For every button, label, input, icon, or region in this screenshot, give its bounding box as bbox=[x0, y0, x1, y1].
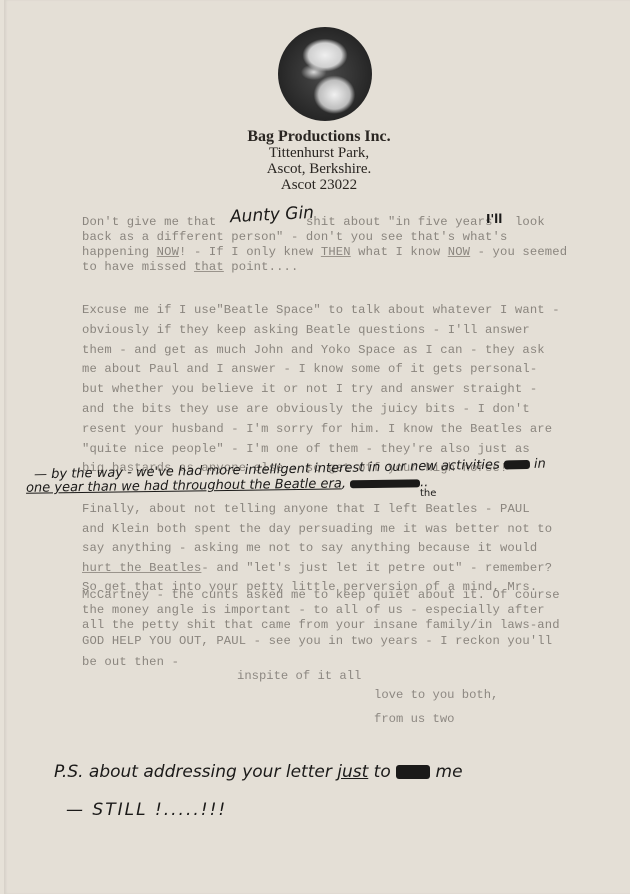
typed-line: Excuse me if I use"Beatle Space" to talk… bbox=[82, 303, 560, 317]
underlined-text: NOW bbox=[448, 245, 470, 259]
handwritten-text: P.S. about addressing your letter bbox=[54, 762, 332, 782]
company-name: Bag Productions Inc. bbox=[4, 128, 630, 145]
postscript-line-2: — STILL !.....!!! bbox=[66, 800, 227, 820]
closing-line-3: from us two bbox=[374, 712, 454, 726]
handwritten-text: one year than we had throughout the Beat… bbox=[26, 476, 342, 495]
typed-line: the money angle is important - to all of… bbox=[82, 603, 545, 617]
handwritten-ill: I'll bbox=[486, 212, 502, 226]
typed-line: resent your husband - I'm sorry for him.… bbox=[82, 422, 552, 436]
typed-line: and the bits they use are obviously the … bbox=[82, 402, 530, 416]
underlined-text: NOW bbox=[157, 245, 179, 259]
typed-text: back as a different person" - don't you … bbox=[82, 230, 507, 244]
typed-line: - and "let's just let it petre out" - re… bbox=[201, 561, 552, 575]
typed-line: say anything - asking me not to say anyt… bbox=[82, 541, 537, 555]
typed-line: be out then - bbox=[82, 655, 179, 669]
typed-text: to have missed bbox=[82, 260, 194, 274]
letter-page: Bag Productions Inc. Tittenhurst Park, A… bbox=[4, 0, 630, 894]
address-line-1: Tittenhurst Park, bbox=[4, 145, 630, 161]
underlined-text: hurt the Beatles bbox=[82, 561, 201, 575]
typed-line: and Klein both spent the day persuading … bbox=[82, 522, 552, 536]
address-line-2: Ascot, Berkshire. bbox=[4, 161, 630, 177]
typed-text: point.... bbox=[224, 260, 299, 274]
closing-line-1: inspite of it all bbox=[237, 669, 361, 683]
letterhead: Bag Productions Inc. Tittenhurst Park, A… bbox=[4, 128, 630, 193]
closing-line-2: love to you both, bbox=[374, 688, 498, 702]
phone-number: Ascot 23022 bbox=[4, 177, 630, 193]
underlined-text: that bbox=[194, 260, 224, 274]
typed-line: GOD HELP YOU OUT, PAUL - see you in two … bbox=[82, 634, 552, 648]
paragraph-3: Finally, about not telling anyone that I… bbox=[82, 500, 552, 598]
handwritten-text: in bbox=[534, 457, 546, 472]
typed-text: ! - If I only knew bbox=[179, 245, 321, 259]
typed-line: McCartney - the cunts asked me to keep q… bbox=[82, 588, 560, 602]
typed-text: shit about "in five years bbox=[306, 215, 493, 229]
handwritten-text: just bbox=[337, 762, 368, 782]
scribble-icon bbox=[504, 460, 530, 470]
typed-line: Finally, about not telling anyone that I… bbox=[82, 502, 418, 516]
postscript-line-1: P.S. about addressing your letter just t… bbox=[54, 762, 463, 782]
typed-text: happening bbox=[82, 245, 157, 259]
typed-line: obviously if they keep asking Beatle que… bbox=[82, 323, 530, 337]
scribble-icon bbox=[396, 765, 430, 779]
scribble-icon bbox=[350, 479, 420, 488]
handwritten-text: to bbox=[374, 762, 391, 782]
paragraph-2: Excuse me if I use"Beatle Space" to talk… bbox=[82, 301, 560, 479]
underlined-text: THEN bbox=[321, 245, 351, 259]
paragraph-4: McCartney - the cunts asked me to keep q… bbox=[82, 588, 560, 675]
typed-line: Beatles - PAUL bbox=[425, 502, 530, 516]
typed-line: "quite nice people" - I'm one of them - … bbox=[82, 442, 530, 456]
typed-line: me about Paul and I answer - I know some… bbox=[82, 362, 537, 376]
handwritten-insert-the: the bbox=[420, 488, 436, 499]
typed-text: - you seemed bbox=[470, 245, 567, 259]
photo-logo-icon bbox=[278, 27, 372, 121]
typed-line: all the petty shit that came from your i… bbox=[82, 618, 560, 632]
typed-line: them - and get as much John and Yoko Spa… bbox=[82, 343, 545, 357]
handwritten-text: me bbox=[436, 762, 463, 782]
typed-text: Don't give me that bbox=[82, 215, 216, 229]
typed-text: what I know bbox=[351, 245, 448, 259]
typed-line: but whether you believe it or not I try … bbox=[82, 382, 537, 396]
typed-text: look bbox=[515, 215, 545, 229]
